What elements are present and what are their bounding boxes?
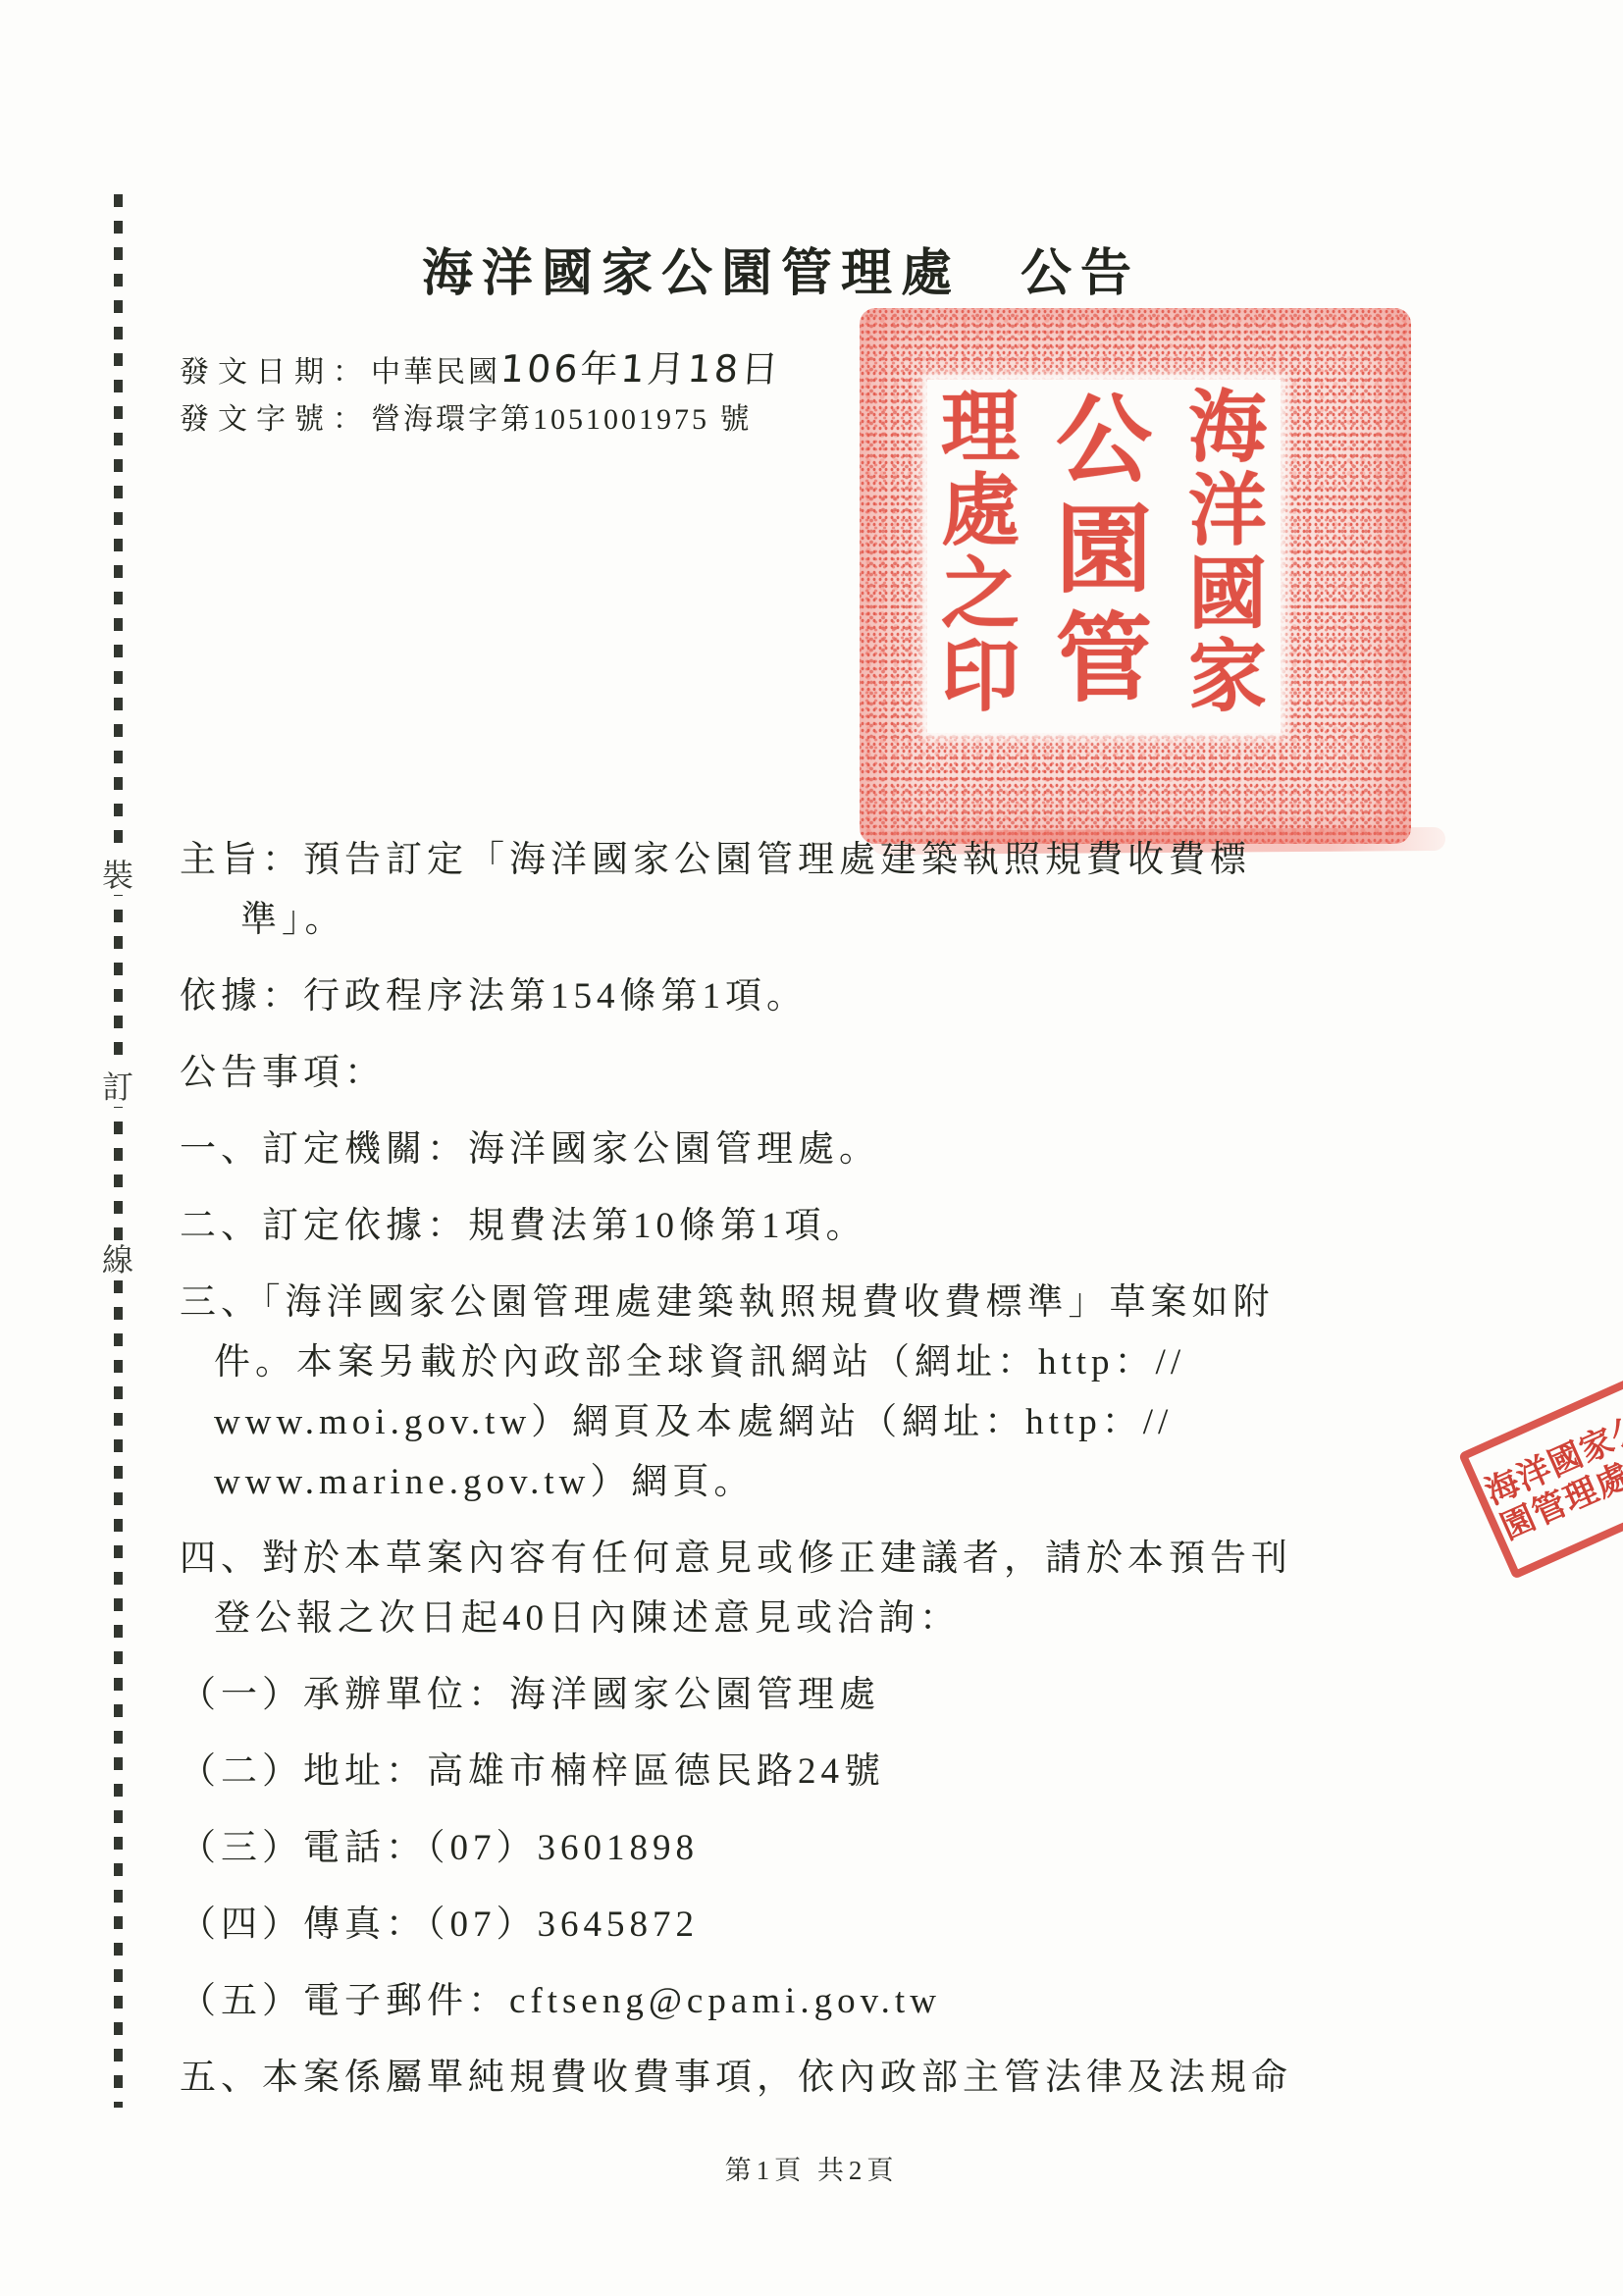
binding-mark-xian: 線 [95,1240,140,1279]
contact-unit-line: （一）承辦單位：海洋國家公園管理處 [180,1665,1499,1725]
subject-text: 預告訂定「海洋國家公園管理處建築執照規費收費標 準」。 [240,840,1251,940]
page-footer: 第1頁 共2頁 [0,2149,1623,2187]
item-number: 五、 [180,2058,262,2098]
item-text: 對於本草案內容有任何意見或修正建議者，請於本預告刊 登公報之次日起40日內陳述意… [214,1539,1292,1639]
sub-item-text: 電話：（07）3601898 [303,1828,699,1868]
item-number: 二、 [180,1206,262,1246]
issue-date-value: 106年1月18日 [498,345,782,392]
document-body: 主旨：預告訂定「海洋國家公園管理處建築執照規費收費標 準」。 依據：行政程序法第… [180,830,1499,2124]
issue-date-era: 中華民國 [371,356,500,389]
sub-item-text: 傳真：（07）3645872 [303,1905,699,1945]
official-seal: 海洋國家 公園管 理處之印 [860,308,1411,844]
sub-item-number: （四） [180,1905,303,1945]
binding-dashed-line [114,194,123,2108]
sub-item-number: （二） [180,1751,303,1792]
contact-fax-line: （四）傳真：（07）3645872 [180,1895,1499,1955]
announcement-heading: 公告事項： [180,1043,1499,1103]
issue-date-line: 發文日期：中華民國106年1月18日 [180,345,781,396]
sub-item-number: （三） [180,1828,303,1868]
sub-item-text: 地址：高雄市楠梓區德民路24號 [303,1751,885,1792]
item-text: 訂定機關：海洋國家公園管理處。 [262,1129,880,1170]
binding-mark-ding: 訂 [95,1068,140,1107]
sub-item-number: （一） [180,1675,303,1715]
item-number: 四、 [180,1539,262,1579]
binding-mark-zhuang: 裝 [95,856,140,895]
announcement-item-5: 五、本案係屬單純規費收費事項，依內政部主管法律及法規命 [180,2048,1499,2108]
seal-column-middle: 公園管 [1056,388,1152,725]
announcement-item-4: 四、對於本草案內容有任何意見或修正建議者，請於本預告刊 登公報之次日起40日內陳… [180,1529,1499,1648]
item-number: 三、 [180,1282,262,1323]
sub-item-text: 承辦單位：海洋國家公園管理處 [303,1675,880,1715]
item-text: 訂定依據：規費法第10條第1項。 [262,1206,867,1246]
issue-date-label: 發文日期： [180,356,371,389]
contact-email-line: （五）電子郵件：cftseng@cpami.gov.tw [180,1971,1499,2031]
official-seal-text: 海洋國家 公園管 理處之印 [927,380,1281,733]
subject-label: 主旨： [180,840,303,880]
announcement-item-3: 三、「海洋國家公園管理處建築執照規費收費標準」草案如附 件。本案另載於內政部全球… [180,1273,1499,1512]
item-text: 「海洋國家公園管理處建築執照規費收費標準」草案如附 件。本案另載於內政部全球資訊… [214,1282,1275,1502]
basis-label: 依據： [180,976,303,1017]
contact-address-line: （二）地址：高雄市楠梓區德民路24號 [180,1742,1499,1801]
doc-number-line: 發文字號：營海環字第1051001975 號 [180,396,781,444]
basis-text: 行政程序法第154條第1項。 [303,976,808,1017]
doc-number-value: 營海環字第1051001975 號 [371,403,753,436]
item-text: 本案係屬單純規費收費事項，依內政部主管法律及法規命 [262,2058,1292,2098]
doc-number-label: 發文字號： [180,403,371,436]
announcement-item-2: 二、訂定依據：規費法第10條第1項。 [180,1196,1499,1256]
document-meta: 發文日期：中華民國106年1月18日 發文字號：營海環字第1051001975 … [180,345,781,444]
item-number: 一、 [180,1129,262,1170]
basis-paragraph: 依據：行政程序法第154條第1項。 [180,966,1499,1026]
subject-paragraph: 主旨：預告訂定「海洋國家公園管理處建築執照規費收費標 準」。 [180,830,1499,950]
seal-column-left: 理處之印 [941,388,1020,725]
document-title: 海洋國家公園管理處 公告 [422,232,1140,305]
seal-column-right: 海洋國家 [1188,388,1267,725]
contact-phone-line: （三）電話：（07）3601898 [180,1818,1499,1878]
document-page: 裝 訂 線 海洋國家公園管理處 公告 發文日期：中華民國106年1月18日 發文… [0,0,1623,2296]
sub-item-text: 電子郵件：cftseng@cpami.gov.tw [303,1981,941,2021]
corner-stamp-text: 海洋國家公園管理處印 [1480,1407,1623,1547]
sub-item-number: （五） [180,1981,303,2021]
announcement-item-1: 一、訂定機關：海洋國家公園管理處。 [180,1120,1499,1179]
